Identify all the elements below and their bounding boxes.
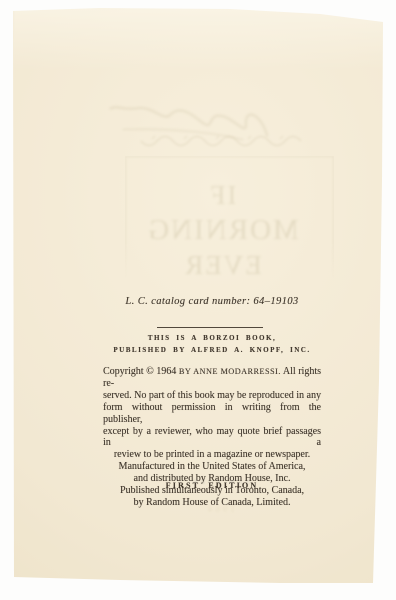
- copyright-line-1: Copyright © 1964 BY ANNE MODARRESSI. All…: [103, 366, 321, 390]
- copyright-line-1-prefix: Copyright © 1964: [103, 366, 176, 377]
- copyright-line-2: served. No part of this book may be repr…: [103, 390, 321, 402]
- copyright-line-6: Manufactured in the United States of Ame…: [103, 461, 321, 473]
- borzoi-note-line1: THIS IS A BORZOI BOOK,: [28, 333, 396, 345]
- copyright-line-3: form without permission in writing from …: [103, 402, 321, 426]
- copyright-line-5: review to be printed in a magazine or ne…: [103, 449, 321, 461]
- divider-rule: [157, 327, 263, 328]
- borzoi-note-line2: PUBLISHED BY ALFRED A. KNOPF, INC.: [28, 345, 396, 357]
- photo-background: IF MORNING EVER NEW YORK 1964 L. C. cata…: [0, 0, 396, 600]
- copyright-holder-name: BY ANNE MODARRESSI.: [179, 367, 281, 376]
- lc-catalog-number: L. C. catalog card number: 64–19103: [28, 296, 396, 307]
- copyright-line-4: except by a reviewer, who may quote brie…: [103, 426, 321, 450]
- first-edition-label: FIRST EDITION: [28, 481, 396, 490]
- page-content: L. C. catalog card number: 64–19103 THIS…: [28, 0, 396, 600]
- copyright-line-9: by Random House of Canada, Limited.: [103, 497, 321, 509]
- book-page: IF MORNING EVER NEW YORK 1964 L. C. cata…: [0, 0, 396, 600]
- borzoi-note: THIS IS A BORZOI BOOK, PUBLISHED BY ALFR…: [28, 333, 396, 357]
